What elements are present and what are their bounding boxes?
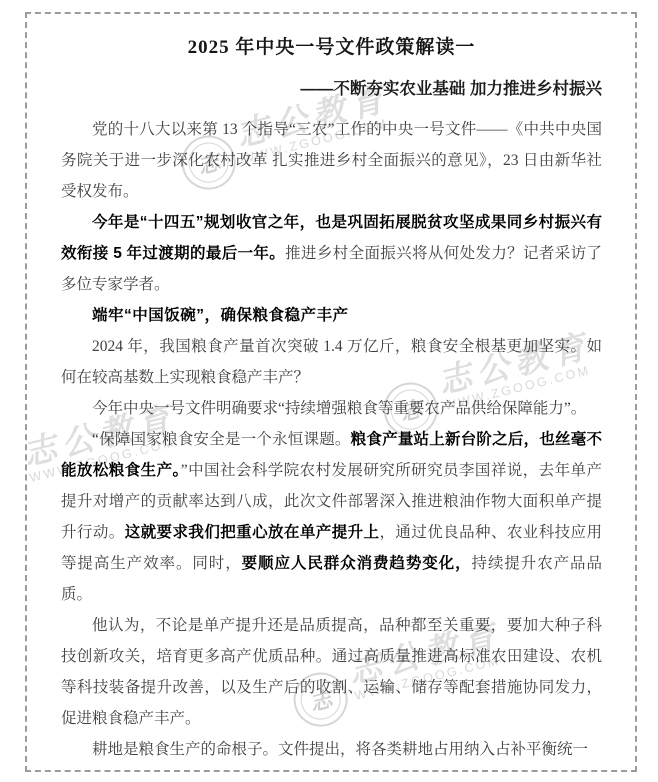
paragraph: 他认为，不论是单产提升还是品质提高，品种都至关重要，要加大种子科技创新攻关，培育… [61, 610, 602, 734]
body-text: 耕地是粮食生产的命根子。文件提出，将各类耕地占用纳入占补平衡统一 [92, 741, 588, 758]
paragraph: 耕地是粮食生产的命根子。文件提出，将各类耕地占用纳入占补平衡统一 [61, 734, 602, 765]
document-body: 党的十八大以来第 13 个指导“三农”工作的中央一号文件——《中共中央国务院关于… [61, 114, 602, 765]
body-text: “保障国家粮食安全是一个永恒课题。 [92, 431, 351, 448]
paragraph: 2024 年，我国粮食产量首次突破 1.4 万亿斤，粮食安全根基更加坚实。如何在… [61, 331, 602, 393]
paragraph: “保障国家粮食安全是一个永恒课题。粮食产量站上新台阶之后，也丝毫不能放松粮食生产… [61, 424, 602, 610]
emphasis-text: 端牢“中国饭碗”，确保粮食稳产丰产 [92, 307, 349, 324]
emphasis-text: 这就要求我们把重心放在单产提升上 [125, 524, 380, 541]
section-heading: 端牢“中国饭碗”，确保粮食稳产丰产 [61, 300, 602, 331]
document-subtitle: ——不断夯实农业基础 加力推进乡村振兴 [61, 77, 602, 101]
document-title: 2025 年中央一号文件政策解读一 [61, 34, 602, 62]
paragraph: 党的十八大以来第 13 个指导“三农”工作的中央一号文件——《中共中央国务院关于… [61, 114, 602, 207]
page-dashed-border: 志 志公教育 WWW.ZGOOG.COM 志 志公教育 WWW.ZGOOG.CO… [25, 12, 637, 772]
paragraph: 今年是“十四五”规划收官之年，也是巩固拓展脱贫攻坚成果同乡村振兴有效衔接 5 年… [61, 207, 602, 300]
paragraph: 今年中央一号文件明确要求“持续增强粮食等重要农产品供给保障能力”。 [61, 393, 602, 424]
document-content: 2025 年中央一号文件政策解读一 ——不断夯实农业基础 加力推进乡村振兴 党的… [27, 14, 635, 765]
body-text: 2024 年，我国粮食产量首次突破 1.4 万亿斤，粮食安全根基更加坚实。如何在… [61, 338, 602, 386]
document-page: 志 志公教育 WWW.ZGOOG.COM 志 志公教育 WWW.ZGOOG.CO… [0, 0, 658, 782]
emphasis-text: 要顺应人民群众消费趋势变化， [242, 555, 472, 572]
body-text: 他认为，不论是单产提升还是品质提高，品种都至关重要，要加大种子科技创新攻关，培育… [61, 617, 602, 727]
body-text: 党的十八大以来第 13 个指导“三农”工作的中央一号文件——《中共中央国务院关于… [61, 121, 602, 200]
body-text: 今年中央一号文件明确要求“持续增强粮食等重要农产品供给保障能力”。 [92, 400, 586, 417]
